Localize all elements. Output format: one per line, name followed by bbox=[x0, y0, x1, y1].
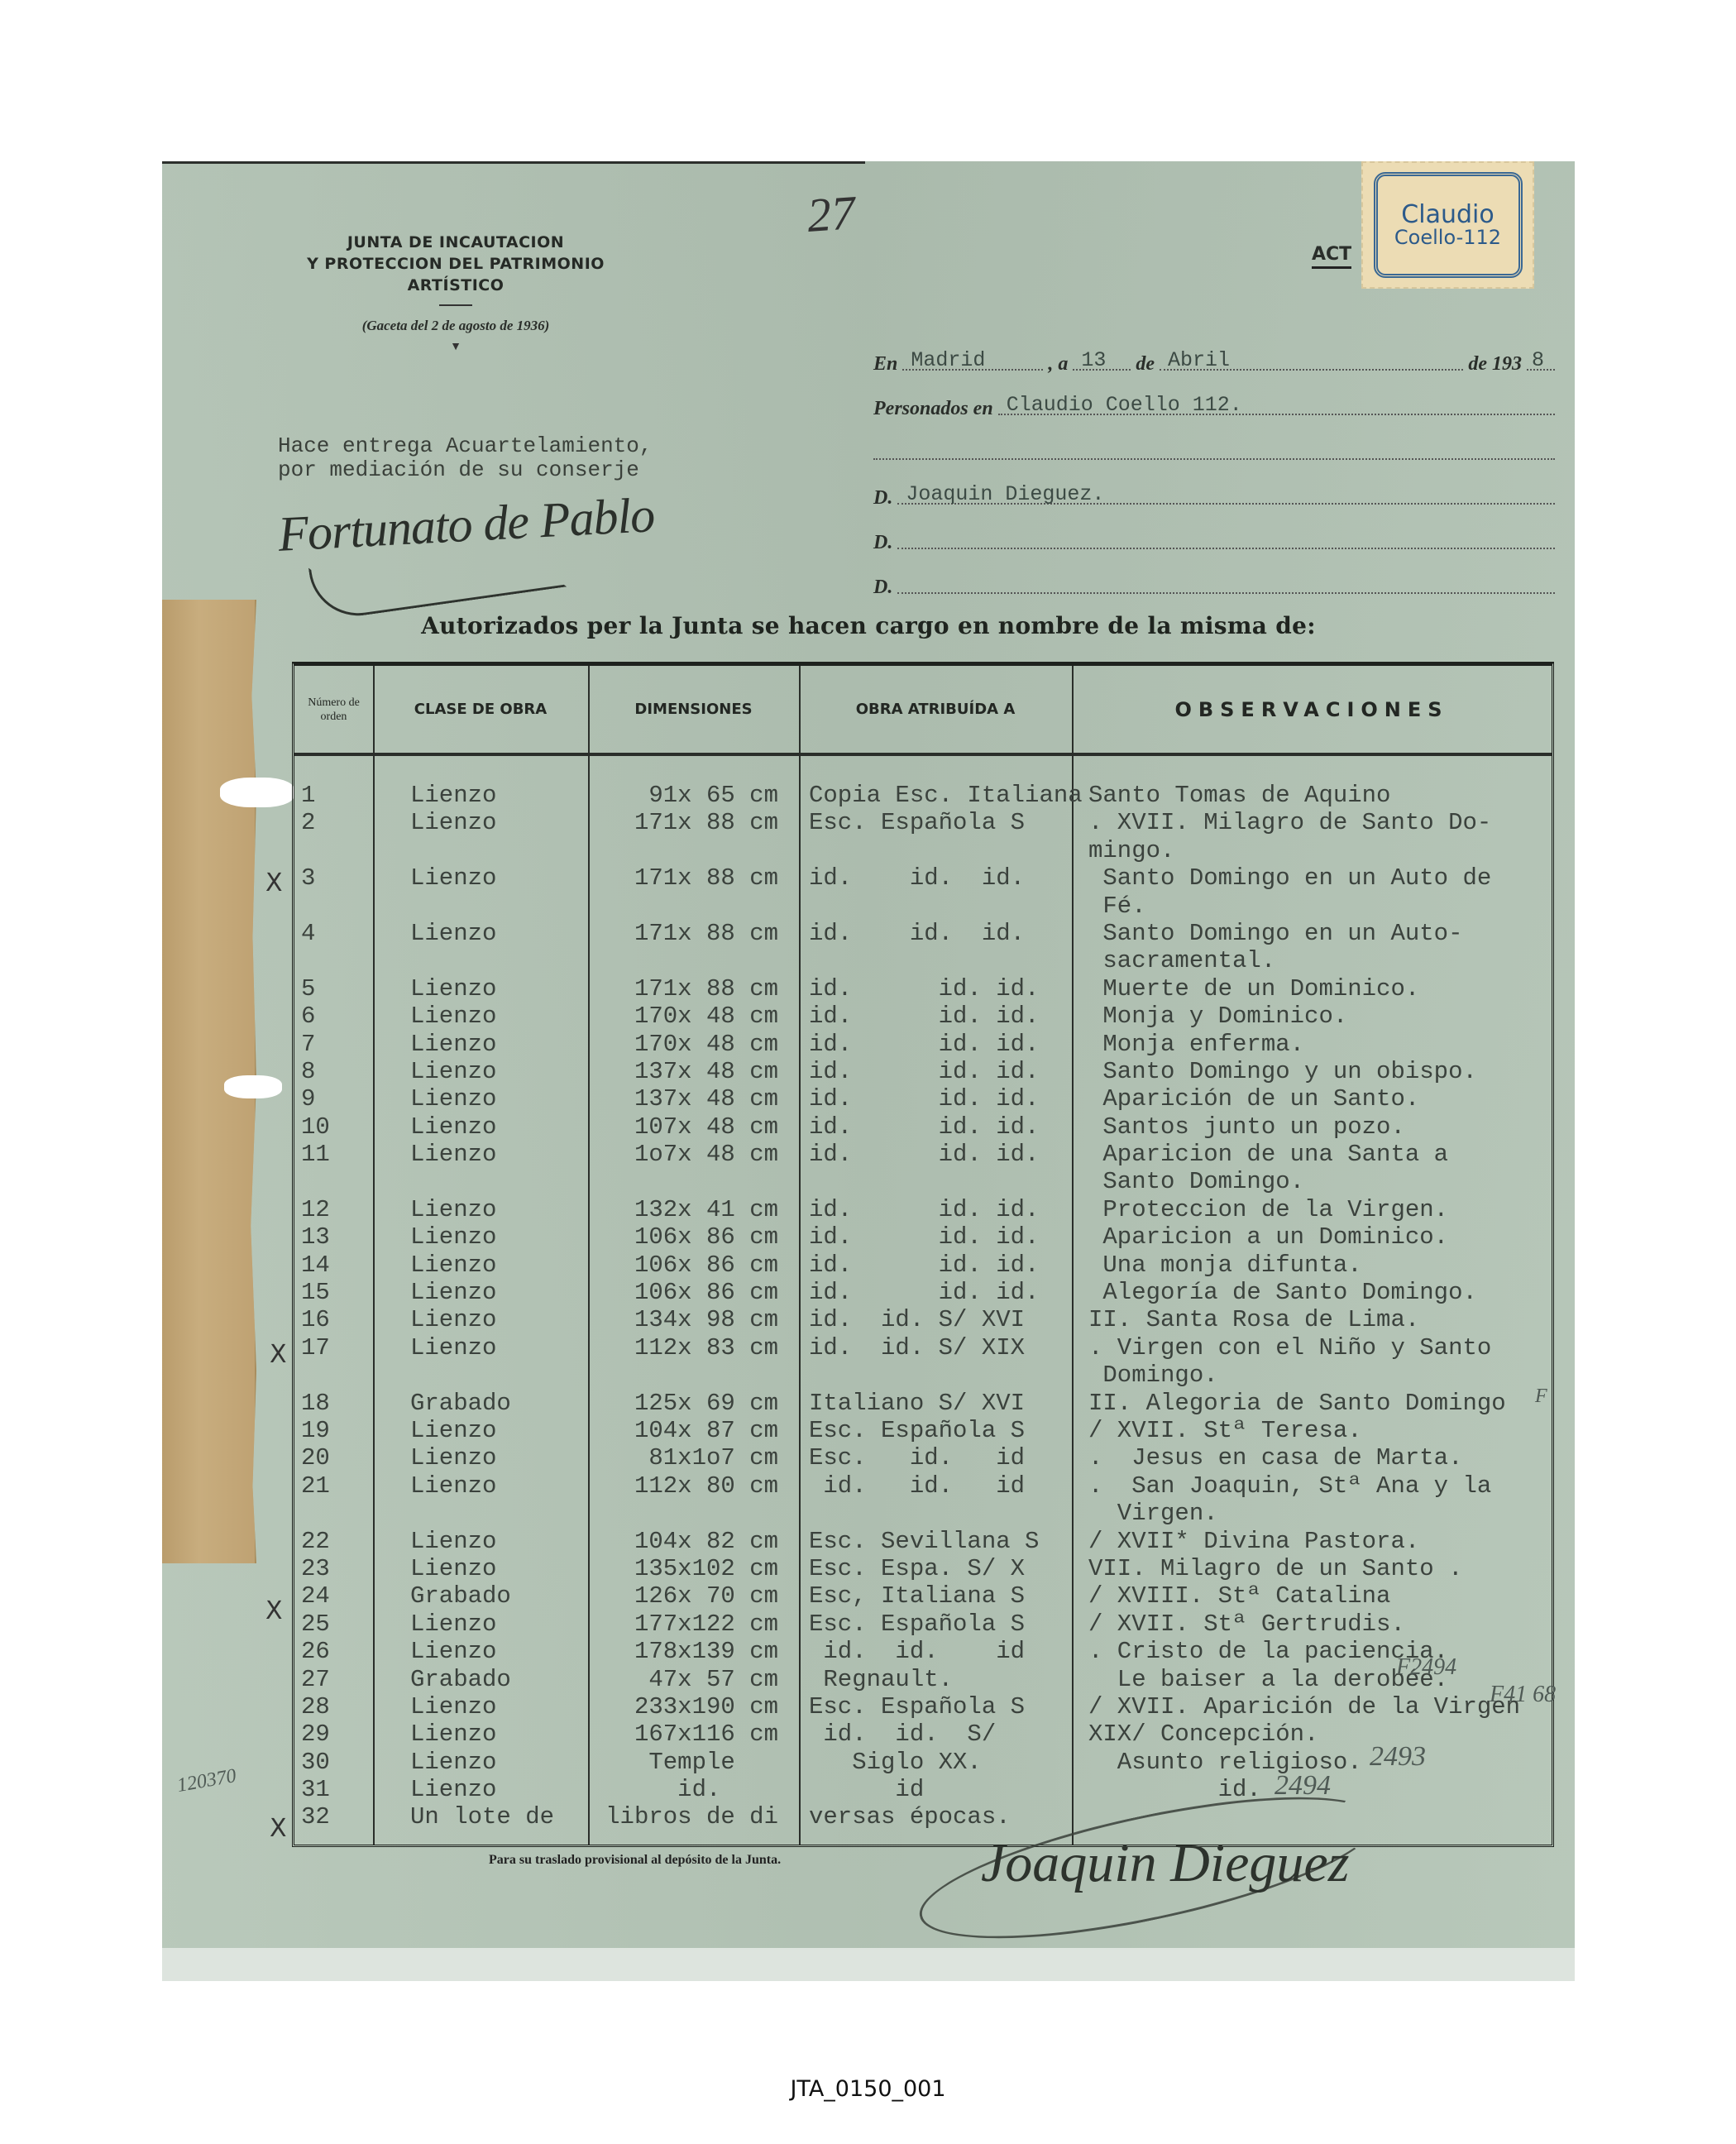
table-row: 18Grabado125x 69 cmItaliano S/ XVIII. Al… bbox=[294, 1390, 1552, 1417]
stamp-line-2: Coello-112 bbox=[1394, 227, 1501, 248]
header-observaciones: OBSERVACIONES bbox=[1072, 666, 1552, 753]
row-number: 28 bbox=[301, 1693, 330, 1720]
row-clase: Lienzo bbox=[410, 1638, 496, 1665]
row-number: 2 bbox=[301, 809, 315, 836]
row-number: 20 bbox=[301, 1444, 330, 1472]
table-row: 13Lienzo106x 86 cmid. id. id. Aparicion … bbox=[294, 1223, 1552, 1251]
row-dimensiones: 178x139 cm bbox=[596, 1638, 778, 1665]
image-caption: JTA_0150_001 bbox=[0, 2076, 1736, 2102]
row-dimensiones: 126x 70 cm bbox=[596, 1582, 778, 1610]
row-clase: Lienzo bbox=[410, 1306, 496, 1333]
row-clase: Lienzo bbox=[410, 1610, 496, 1638]
row-clase: Grabado bbox=[410, 1666, 511, 1693]
row-dimensiones: 137x 48 cm bbox=[596, 1085, 778, 1113]
dieguez-signature: Joaquin Dieguez bbox=[981, 1832, 1349, 1895]
row-observaciones: Aparicion a un Dominico. bbox=[1088, 1223, 1448, 1251]
row-dimensiones: 106x 86 cm bbox=[596, 1223, 778, 1251]
year-label: de 193 bbox=[1468, 353, 1522, 376]
header-rule bbox=[294, 753, 1552, 756]
row-number: 30 bbox=[301, 1749, 330, 1776]
personados-value: Claudio Coello 112. bbox=[1007, 393, 1242, 417]
row-dimensiones: 107x 48 cm bbox=[596, 1113, 778, 1141]
row-observaciones: / XVII. Aparición de la Virgen bbox=[1088, 1693, 1520, 1720]
row-observaciones: VII. Milagro de un Santo . bbox=[1088, 1555, 1462, 1582]
blank-field bbox=[873, 433, 1555, 460]
row-atribuida: id. id. S/ bbox=[809, 1720, 1011, 1748]
day-field: 13 bbox=[1073, 344, 1131, 371]
table-row: 14Lienzo106x 86 cmid. id. id. Una monja … bbox=[294, 1251, 1552, 1279]
row-observaciones: Una monja difunta. bbox=[1088, 1251, 1362, 1279]
table-row: 24Grabado126x 70 cmEsc, Italiana S/ XVII… bbox=[294, 1582, 1552, 1610]
row-atribuida: id. id. id. bbox=[809, 1085, 1039, 1113]
row-atribuida: id. id. id. bbox=[809, 864, 1025, 892]
org-line-3: ARTÍSTICO bbox=[270, 275, 642, 296]
row-number: 18 bbox=[301, 1390, 330, 1417]
row-observaciones: Santo Domingo y un obispo. bbox=[1088, 1058, 1477, 1085]
x-mark: X bbox=[270, 1814, 287, 1843]
row-dimensiones: 171x 88 cm bbox=[596, 809, 778, 836]
row-atribuida: id. id. id bbox=[809, 1638, 1025, 1665]
margin-note: 120370 bbox=[175, 1765, 238, 1797]
row-atribuida: Esc. Española S bbox=[809, 1610, 1025, 1638]
row-clase: Lienzo bbox=[410, 1279, 496, 1306]
row-observaciones: Domingo. bbox=[1088, 1362, 1218, 1389]
row-number: 27 bbox=[301, 1666, 330, 1693]
row-observaciones: / XVIII. Stª Catalina bbox=[1088, 1582, 1390, 1610]
row-dimensiones: 177x122 cm bbox=[596, 1610, 778, 1638]
table-row: 22Lienzo104x 82 cmEsc. Sevillana S/ XVII… bbox=[294, 1528, 1552, 1555]
row-number: 29 bbox=[301, 1720, 330, 1748]
row-clase: Grabado bbox=[410, 1390, 511, 1417]
row-observaciones: / XVII. Stª Gertrudis. bbox=[1088, 1610, 1405, 1638]
row-annotation: 2493 bbox=[1370, 1741, 1426, 1773]
gaceta-reference: (Gaceta del 2 de agosto de 1936) bbox=[270, 318, 642, 334]
row-clase: Lienzo bbox=[410, 1472, 496, 1500]
table-row: mingo. bbox=[294, 837, 1552, 864]
table-row: 3Lienzo171x 88 cmid. id. id. Santo Domin… bbox=[294, 864, 1552, 892]
row-observaciones: Santo Domingo en un Auto- bbox=[1088, 920, 1462, 947]
row-dimensiones: 106x 86 cm bbox=[596, 1279, 778, 1306]
row-dimensiones: 167x116 cm bbox=[596, 1720, 778, 1748]
row-number: 8 bbox=[301, 1058, 315, 1085]
acta-label: ACT bbox=[1312, 244, 1351, 269]
row-observaciones: Proteccion de la Virgen. bbox=[1088, 1196, 1448, 1223]
row-observaciones: Santo Domingo en un Auto de bbox=[1088, 864, 1491, 892]
row-clase: Lienzo bbox=[410, 1334, 496, 1362]
folio-number: 27 bbox=[806, 184, 858, 243]
place-date-line: En Madrid , a 13 de Abril de 193 8 bbox=[873, 331, 1560, 376]
row-number: 26 bbox=[301, 1638, 330, 1665]
person-field bbox=[897, 523, 1555, 549]
row-dimensiones: 1o7x 48 cm bbox=[596, 1141, 778, 1168]
row-dimensiones: 132x 41 cm bbox=[596, 1196, 778, 1223]
row-clase: Lienzo bbox=[410, 1693, 496, 1720]
table-row: Virgen. bbox=[294, 1500, 1552, 1527]
row-number: 13 bbox=[301, 1223, 330, 1251]
row-atribuida: Esc. Española S bbox=[809, 1693, 1025, 1720]
row-observaciones: / XVII. Stª Teresa. bbox=[1088, 1417, 1362, 1444]
person-value: Joaquin Dieguez. bbox=[906, 482, 1104, 506]
row-dimensiones: 170x 48 cm bbox=[596, 1031, 778, 1058]
row-clase: Grabado bbox=[410, 1582, 511, 1610]
row-clase: Lienzo bbox=[410, 1113, 496, 1141]
table-row: 15Lienzo106x 86 cmid. id. id. Alegoría d… bbox=[294, 1279, 1552, 1306]
row-number: 31 bbox=[301, 1776, 330, 1803]
table-row: 30LienzoTemple Siglo XX. Asunto religios… bbox=[294, 1749, 1552, 1776]
row-atribuida: id. id. S/ XIX bbox=[809, 1334, 1025, 1362]
row-observaciones: id. bbox=[1088, 1776, 1261, 1803]
row-dimensiones: 125x 69 cm bbox=[596, 1390, 778, 1417]
row-observaciones: Santo Tomas de Aquino bbox=[1088, 782, 1390, 809]
row-clase: Lienzo bbox=[410, 1196, 496, 1223]
row-clase: Lienzo bbox=[410, 1251, 496, 1279]
row-dimensiones: 171x 88 cm bbox=[596, 864, 778, 892]
row-observaciones: Muerte de un Dominico. bbox=[1088, 975, 1419, 1003]
row-clase: Lienzo bbox=[410, 1555, 496, 1582]
table-body: 1Lienzo91x 65 cmCopia Esc. ItalianaSanto… bbox=[294, 782, 1552, 1831]
row-clase: Lienzo bbox=[410, 1528, 496, 1555]
row-atribuida: Esc. id. id bbox=[809, 1444, 1025, 1472]
row-observaciones: . Virgen con el Niño y Santo bbox=[1088, 1334, 1491, 1362]
top-edge-rule bbox=[162, 161, 865, 164]
city-value: Madrid bbox=[911, 348, 985, 372]
row-dimensiones: id. bbox=[596, 1776, 778, 1803]
person-line-2: D. bbox=[873, 510, 1560, 554]
row-dimensiones: 134x 98 cm bbox=[596, 1306, 778, 1333]
table-row: Domingo. bbox=[294, 1362, 1552, 1389]
table-row: 10Lienzo107x 48 cmid. id. id. Santos jun… bbox=[294, 1113, 1552, 1141]
row-atribuida: id. id. S/ XVI bbox=[809, 1306, 1025, 1333]
row-annotation: F2494 bbox=[1396, 1654, 1456, 1681]
table-row: sacramental. bbox=[294, 947, 1552, 974]
inventory-table: Número de orden CLASE DE OBRA DIMENSIONE… bbox=[292, 662, 1554, 1847]
row-observaciones: . Jesus en casa de Marta. bbox=[1088, 1444, 1462, 1472]
header-dimensiones: DIMENSIONES bbox=[588, 666, 799, 753]
row-dimensiones: 112x 80 cm bbox=[596, 1472, 778, 1500]
row-number: 22 bbox=[301, 1528, 330, 1555]
row-dimensiones: 104x 82 cm bbox=[596, 1528, 778, 1555]
row-number: 14 bbox=[301, 1251, 330, 1279]
row-dimensiones: 106x 86 cm bbox=[596, 1251, 778, 1279]
a-label: , a bbox=[1048, 353, 1068, 376]
row-observaciones: XIX/ Concepción. bbox=[1088, 1720, 1318, 1748]
row-observaciones: Aparicion de una Santa a bbox=[1088, 1141, 1448, 1168]
month-value: Abril bbox=[1168, 348, 1230, 372]
row-observaciones: Le baiser a la derobée. bbox=[1088, 1666, 1448, 1693]
row-observaciones: Fé. bbox=[1088, 893, 1146, 920]
personados-line: Personados en Claudio Coello 112. bbox=[873, 376, 1560, 420]
table-row: 1Lienzo91x 65 cmCopia Esc. ItalianaSanto… bbox=[294, 782, 1552, 809]
stamp-line-1: Claudio bbox=[1401, 202, 1494, 228]
header-numero: Número de orden bbox=[294, 666, 373, 753]
row-clase: Lienzo bbox=[410, 920, 496, 947]
row-clase: Lienzo bbox=[410, 975, 496, 1003]
row-clase: Lienzo bbox=[410, 1776, 496, 1803]
de-label: de bbox=[1136, 353, 1155, 376]
row-atribuida: Esc. Espa. S/ X bbox=[809, 1555, 1025, 1582]
table-row: 5Lienzo171x 88 cmid. id. id. Muerte de u… bbox=[294, 975, 1552, 1003]
row-number: 1 bbox=[301, 782, 315, 809]
row-atribuida: id. id. id. bbox=[809, 975, 1039, 1003]
table-row: 29Lienzo167x116 cm id. id. S/ XIX/ Conce… bbox=[294, 1720, 1552, 1748]
x-mark: X bbox=[265, 869, 283, 897]
personados-field: Claudio Coello 112. bbox=[998, 389, 1555, 415]
row-observaciones: Monja enferma. bbox=[1088, 1031, 1304, 1058]
x-mark: X bbox=[265, 1596, 283, 1625]
header-fields: En Madrid , a 13 de Abril de 193 8 Perso… bbox=[873, 331, 1560, 599]
row-clase: Lienzo bbox=[410, 1031, 496, 1058]
row-clase: Lienzo bbox=[410, 1003, 496, 1030]
year-value: 8 bbox=[1532, 348, 1544, 372]
torn-hole bbox=[224, 1075, 282, 1098]
row-observaciones: Aparición de un Santo. bbox=[1088, 1085, 1419, 1113]
row-atribuida: id. id. id bbox=[809, 1472, 1025, 1500]
table-row: 20Lienzo81x1o7 cmEsc. id. id. Jesus en c… bbox=[294, 1444, 1552, 1472]
blank-line bbox=[873, 420, 1560, 465]
row-observaciones: Monja y Dominico. bbox=[1088, 1003, 1347, 1030]
table-row: 16Lienzo134x 98 cmid. id. S/ XVIII. Sant… bbox=[294, 1306, 1552, 1333]
row-atribuida: id. id. id. bbox=[809, 1141, 1039, 1168]
table-row: 8Lienzo137x 48 cmid. id. id. Santo Domin… bbox=[294, 1058, 1552, 1085]
row-dimensiones: 91x 65 cm bbox=[596, 782, 778, 809]
footnote: Para su traslado provisional al depósito… bbox=[489, 1853, 781, 1868]
row-dimensiones: 233x190 cm bbox=[596, 1693, 778, 1720]
person-field: Joaquin Dieguez. bbox=[897, 478, 1555, 505]
row-number: 7 bbox=[301, 1031, 315, 1058]
table-row: 21Lienzo112x 80 cm id. id. id. San Joaqu… bbox=[294, 1472, 1552, 1500]
row-number: 9 bbox=[301, 1085, 315, 1113]
row-number: 3 bbox=[301, 864, 315, 892]
ornament-icon: ▼ bbox=[270, 339, 642, 352]
row-observaciones: . Cristo de la paciencia. bbox=[1088, 1638, 1448, 1665]
row-atribuida: Copia Esc. Italiana bbox=[809, 782, 1083, 809]
scanned-document: 27 JUNTA DE INCAUTACION Y PROTECCION DEL… bbox=[162, 161, 1575, 1981]
row-atribuida: Siglo XX. bbox=[809, 1749, 982, 1776]
row-clase: Lienzo bbox=[410, 1444, 496, 1472]
row-number: 15 bbox=[301, 1279, 330, 1306]
row-atribuida: id. id. id. bbox=[809, 1196, 1039, 1223]
row-number: 10 bbox=[301, 1113, 330, 1141]
row-observaciones: II. Alegoria de Santo Domingo bbox=[1088, 1390, 1506, 1417]
row-clase: Lienzo bbox=[410, 1223, 496, 1251]
day-value: 13 bbox=[1081, 348, 1106, 372]
row-clase: Lienzo bbox=[410, 1749, 496, 1776]
table-row: 25Lienzo177x122 cmEsc. Española S/ XVII.… bbox=[294, 1610, 1552, 1638]
person-label: D. bbox=[873, 577, 892, 599]
stamp-frame: Claudio Coello-112 bbox=[1374, 172, 1523, 278]
person-label: D. bbox=[873, 532, 892, 554]
hace-line-2: por mediación de su conserje bbox=[278, 458, 652, 482]
row-dimensiones: 170x 48 cm bbox=[596, 1003, 778, 1030]
table-row: 17Lienzo112x 83 cmid. id. S/ XIX. Virgen… bbox=[294, 1334, 1552, 1362]
row-dimensiones: Temple bbox=[596, 1749, 778, 1776]
row-number: 23 bbox=[301, 1555, 330, 1582]
person-line-3: D. bbox=[873, 554, 1560, 599]
organization-header: JUNTA DE INCAUTACION Y PROTECCION DEL PA… bbox=[270, 232, 642, 352]
bottom-edge bbox=[162, 1948, 1575, 1981]
row-observaciones: . XVII. Milagro de Santo Do- bbox=[1088, 809, 1491, 836]
row-clase: Lienzo bbox=[410, 1720, 496, 1748]
row-annotation: F41 68 bbox=[1490, 1682, 1556, 1708]
row-dimensiones: 112x 83 cm bbox=[596, 1334, 778, 1362]
row-number: 25 bbox=[301, 1610, 330, 1638]
row-atribuida: id bbox=[809, 1776, 924, 1803]
org-line-2: Y PROTECCION DEL PATRIMONIO bbox=[270, 253, 642, 275]
org-line-1: JUNTA DE INCAUTACION bbox=[270, 232, 642, 253]
row-atribuida: Italiano S/ XVI bbox=[809, 1390, 1025, 1417]
row-number: 19 bbox=[301, 1417, 330, 1444]
table-row: 23Lienzo135x102 cmEsc. Espa. S/ XVII. Mi… bbox=[294, 1555, 1552, 1582]
divider bbox=[439, 304, 472, 306]
row-number: 32 bbox=[301, 1803, 330, 1831]
row-dimensiones: 137x 48 cm bbox=[596, 1058, 778, 1085]
row-atribuida: Esc. Sevillana S bbox=[809, 1528, 1039, 1555]
row-atribuida: id. id. id. bbox=[809, 1223, 1039, 1251]
header-atribuida: OBRA ATRIBUÍDA A bbox=[799, 666, 1072, 753]
month-field: Abril bbox=[1160, 344, 1463, 371]
row-number: 16 bbox=[301, 1306, 330, 1333]
year-field: 8 bbox=[1527, 344, 1555, 371]
table-row: Fé. bbox=[294, 893, 1552, 920]
row-observaciones: II. Santa Rosa de Lima. bbox=[1088, 1306, 1419, 1333]
x-mark: X bbox=[270, 1340, 287, 1369]
row-number: 4 bbox=[301, 920, 315, 947]
row-atribuida: id. id. id. bbox=[809, 1279, 1039, 1306]
table-row: 2Lienzo171x 88 cmEsc. Española S. XVII. … bbox=[294, 809, 1552, 836]
row-observaciones: Alegoría de Santo Domingo. bbox=[1088, 1279, 1477, 1306]
row-observaciones: / XVII* Divina Pastora. bbox=[1088, 1528, 1419, 1555]
row-atribuida: id. id. id. bbox=[809, 920, 1025, 947]
row-clase: Lienzo bbox=[410, 1141, 496, 1168]
row-number: 5 bbox=[301, 975, 315, 1003]
table-row: 7Lienzo170x 48 cmid. id. id. Monja enfer… bbox=[294, 1031, 1552, 1058]
table-row: Santo Domingo. bbox=[294, 1168, 1552, 1195]
table-title: Autorizados per la Junta se hacen cargo … bbox=[162, 612, 1575, 639]
row-observaciones: Santo Domingo. bbox=[1088, 1168, 1304, 1195]
table-row: 9Lienzo137x 48 cmid. id. id. Aparición d… bbox=[294, 1085, 1552, 1113]
row-atribuida: id. id. id. bbox=[809, 1058, 1039, 1085]
row-atribuida: id. id. id. bbox=[809, 1003, 1039, 1030]
row-atribuida: Esc. Española S bbox=[809, 1417, 1025, 1444]
row-atribuida: Regnault. bbox=[809, 1666, 953, 1693]
row-dimensiones: 171x 88 cm bbox=[596, 975, 778, 1003]
personados-label: Personados en bbox=[873, 398, 993, 420]
row-clase: Lienzo bbox=[410, 782, 496, 809]
row-atribuida: Esc. Española S bbox=[809, 809, 1025, 836]
row-dimensiones: 104x 87 cm bbox=[596, 1417, 778, 1444]
torn-hole bbox=[220, 778, 294, 807]
table-row: 6Lienzo170x 48 cmid. id. id. Monja y Dom… bbox=[294, 1003, 1552, 1030]
row-atribuida: id. id. id. bbox=[809, 1113, 1039, 1141]
row-atribuida: id. id. id. bbox=[809, 1251, 1039, 1279]
row-atribuida: versas épocas. bbox=[809, 1803, 1011, 1831]
row-dimensiones: 81x1o7 cm bbox=[596, 1444, 778, 1472]
table-row: 12Lienzo132x 41 cmid. id. id. Proteccion… bbox=[294, 1196, 1552, 1223]
row-atribuida: id. id. id. bbox=[809, 1031, 1039, 1058]
row-annotation: F bbox=[1535, 1385, 1547, 1408]
row-clase: Lienzo bbox=[410, 1417, 496, 1444]
row-observaciones: sacramental. bbox=[1088, 947, 1275, 974]
hace-entrega-note: Hace entrega Acuartelamiento, por mediac… bbox=[278, 434, 652, 482]
row-number: 11 bbox=[301, 1141, 330, 1168]
row-number: 24 bbox=[301, 1582, 330, 1610]
person-line-1: D. Joaquin Dieguez. bbox=[873, 465, 1560, 510]
row-clase: Un lote de bbox=[410, 1803, 554, 1831]
row-observaciones: Santos junto un pozo. bbox=[1088, 1113, 1405, 1141]
row-clase: Lienzo bbox=[410, 864, 496, 892]
row-dimensiones: libros de di bbox=[596, 1803, 778, 1831]
header-clase: CLASE DE OBRA bbox=[373, 666, 588, 753]
table-row: 11Lienzo1o7x 48 cmid. id. id. Aparicion … bbox=[294, 1141, 1552, 1168]
row-dimensiones: 135x102 cm bbox=[596, 1555, 778, 1582]
address-stamp: Claudio Coello-112 bbox=[1361, 161, 1534, 289]
person-label: D. bbox=[873, 487, 892, 510]
row-observaciones: . San Joaquin, Stª Ana y la bbox=[1088, 1472, 1491, 1500]
table-row: 27Grabado47x 57 cm Regnault. Le baiser a… bbox=[294, 1666, 1552, 1693]
row-dimensiones: 47x 57 cm bbox=[596, 1666, 778, 1693]
hace-line-1: Hace entrega Acuartelamiento, bbox=[278, 434, 652, 458]
table-row: 4Lienzo171x 88 cmid. id. id. Santo Domin… bbox=[294, 920, 1552, 947]
en-label: En bbox=[873, 353, 897, 376]
row-clase: Lienzo bbox=[410, 1058, 496, 1085]
person-field bbox=[897, 567, 1555, 594]
row-observaciones: Virgen. bbox=[1088, 1500, 1218, 1527]
row-number: 6 bbox=[301, 1003, 315, 1030]
row-dimensiones: 171x 88 cm bbox=[596, 920, 778, 947]
row-observaciones: mingo. bbox=[1088, 837, 1174, 864]
table-row: 28Lienzo233x190 cmEsc. Española S/ XVII.… bbox=[294, 1693, 1552, 1720]
row-number: 12 bbox=[301, 1196, 330, 1223]
table-row: 19Lienzo104x 87 cmEsc. Española S/ XVII.… bbox=[294, 1417, 1552, 1444]
city-field: Madrid bbox=[902, 344, 1043, 371]
row-clase: Lienzo bbox=[410, 809, 496, 836]
table-row: 26Lienzo178x139 cm id. id. id. Cristo de… bbox=[294, 1638, 1552, 1665]
row-clase: Lienzo bbox=[410, 1085, 496, 1113]
row-number: 21 bbox=[301, 1472, 330, 1500]
table-row: 31Lienzoid. id id. bbox=[294, 1776, 1552, 1803]
row-atribuida: Esc, Italiana S bbox=[809, 1582, 1025, 1610]
row-number: 17 bbox=[301, 1334, 330, 1362]
